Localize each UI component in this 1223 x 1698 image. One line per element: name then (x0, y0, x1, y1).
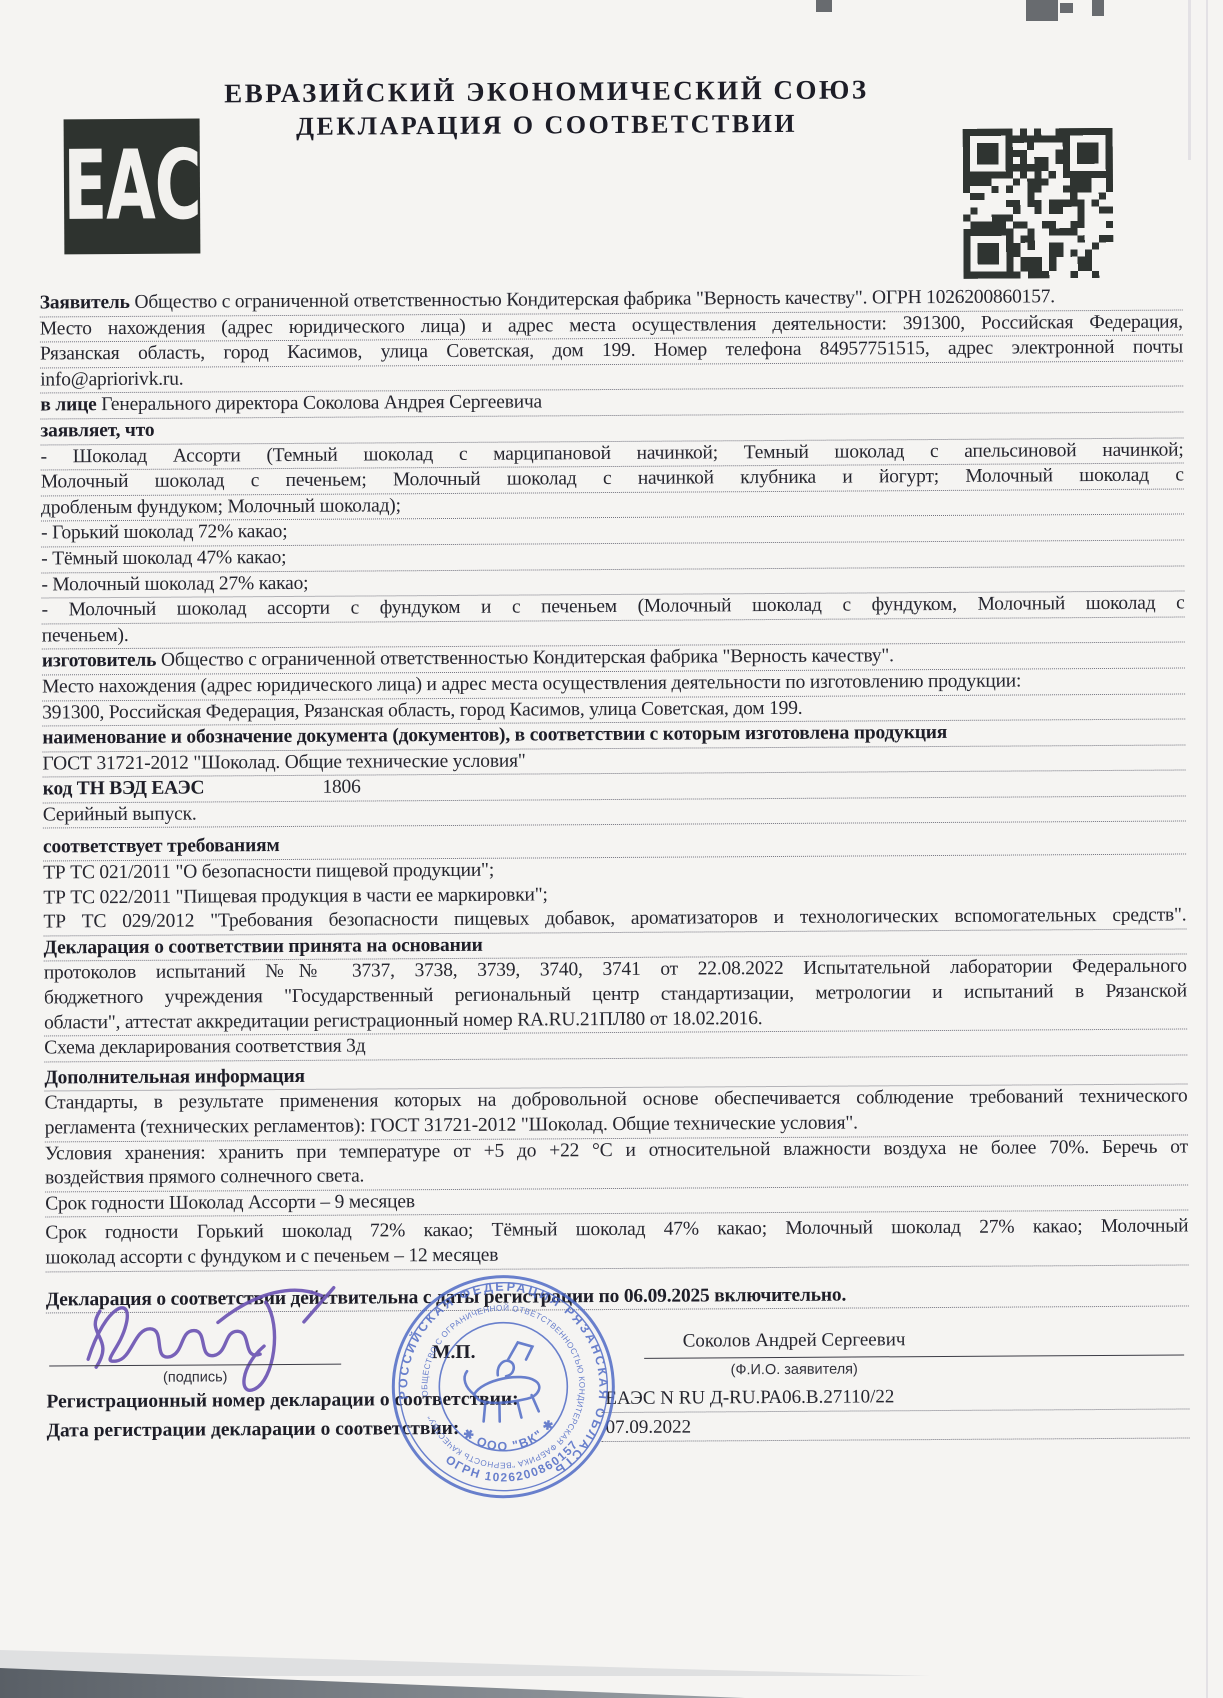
eac-logo-text: ЕАС (63, 138, 201, 235)
field-label: Заявитель (40, 292, 135, 314)
field-text: ТР ТС 022/2011 "Пищевая продукция в част… (43, 884, 548, 908)
field-text: Срок годности Шоколад Ассорти – 9 месяце… (45, 1191, 415, 1214)
applicant-name: Соколов Андрей Сергеевич (644, 1329, 944, 1353)
field-text: Генерального директора Соколова Андрея С… (101, 392, 542, 416)
document-header: ЕВРАЗИЙСКИЙ ЭКОНОМИЧЕСКИЙ СОЮЗ ДЕКЛАРАЦИ… (201, 74, 891, 142)
field-label: код ТН ВЭД ЕАЭС (43, 778, 205, 800)
field-text: 391300, Российская Федерация, Рязанская … (42, 697, 802, 723)
scan-artifact (1060, 3, 1073, 13)
scanned-declaration-page: { "header": { "title_line1": "ЕВРАЗИЙСКИ… (0, 0, 1223, 1698)
applicant-caption: (Ф.И.О. заявителя) (644, 1361, 944, 1379)
field-text: Общество с ограниченной ответственностью… (161, 646, 894, 671)
field-text: Серийный выпуск. (43, 803, 197, 825)
scan-artifact (1026, 0, 1058, 21)
field-label: соответствует требованиям (43, 836, 280, 858)
field-text: регламента (технических регламентов): ГО… (45, 1113, 858, 1139)
union-title: ЕВРАЗИЙСКИЙ ЭКОНОМИЧЕСКИЙ СОЮЗ (201, 74, 891, 109)
scan-edge-line (1206, 0, 1208, 1698)
signature-caption: (подпись) (49, 1369, 341, 1387)
field-label: заявляет, что (40, 420, 154, 442)
qr-code (963, 128, 1114, 279)
field-text: шоколад ассорти с фундуком и с печеньем … (45, 1245, 498, 1269)
field-text: дробленым фундуком; Молочный шоколад); (41, 495, 401, 518)
company-round-stamp: РОССИЙСКАЯ ФЕДЕРАЦИЯ РЯЗАНСКАЯ ОБЛАСТЬ О… (373, 1257, 633, 1517)
field-text: ТР ТС 021/2011 "О безопасности пищевой п… (43, 860, 494, 884)
field-text: 1806 (322, 777, 360, 798)
scan-artifact (1092, 0, 1104, 16)
document-title: ДЕКЛАРАЦИЯ О СООТВЕТСТВИИ (202, 108, 892, 142)
field-text: Стандарты, в результате применения котор… (45, 1086, 1188, 1114)
field-text: - Тёмный шоколад 47% какао; (41, 547, 286, 569)
declaration-body: Заявитель Общество с ограниченной ответс… (40, 285, 1189, 1314)
field-label: изготовитель (42, 650, 161, 672)
field-text: - Молочный шоколад 27% какао; (41, 572, 308, 595)
document-content: ЕАС ЕВРАЗИЙСКИЙ ЭКОНОМИЧЕСКИЙ СОЮЗ ДЕКЛА… (0, 0, 1223, 1698)
field-text: Условия хранения: хранить при температур… (45, 1136, 1188, 1164)
field-label: наименование и обозначение документа (до… (42, 722, 947, 749)
field-text: Рязанская область, город Касимов, улица … (40, 337, 1183, 365)
field-text: Общество с ограниченной ответственностью… (134, 286, 1055, 313)
field-text: воздействия прямого солнечного света. (45, 1166, 364, 1189)
registration-number-value: ЕАЭС N RU Д-RU.РА06.В.27110/22 (605, 1386, 894, 1410)
scan-artifact (816, 0, 832, 12)
scan-streak (1188, 0, 1191, 160)
field-text: ТР ТС 029/2012 "Требования безопасности … (43, 905, 1186, 933)
field-label: в лице (40, 394, 101, 415)
applicant-name-line (644, 1355, 1184, 1359)
stamp-horseman-emblem (461, 1340, 543, 1425)
field-text: ГОСТ 31721-2012 "Шоколад. Общие техничес… (42, 750, 525, 774)
field-text: Место нахождения (адрес юридического лиц… (42, 670, 1021, 697)
field-text: Место нахождения (адрес юридического лиц… (40, 311, 1183, 339)
field-text: - Горький шоколад 72% какао; (41, 521, 287, 544)
field-text: печеньем). (42, 625, 129, 647)
field-text: Схема декларирования соответствия 3д (44, 1036, 365, 1059)
field-text: Молочный шоколад с печеньем; Молочный шо… (41, 465, 1184, 493)
field-label: Дополнительная информация (44, 1066, 305, 1089)
field-label: Декларация о соответствии принята на осн… (44, 935, 483, 959)
field-text: области", аттестат аккредитации регистра… (44, 1008, 762, 1033)
field-text: - Шоколад Ассорти (Темный шоколад с марц… (41, 439, 1184, 467)
field-text: Срок годности Горький шоколад 72% какао;… (45, 1216, 1188, 1244)
field-text: - Молочный шоколад ассорти с фундуком и … (42, 593, 1185, 621)
field-text: info@apriorivk.ru. (40, 368, 183, 390)
field-text: бюджетного учреждения "Государственный р… (44, 981, 1187, 1009)
eac-conformity-mark: ЕАС (65, 120, 200, 254)
